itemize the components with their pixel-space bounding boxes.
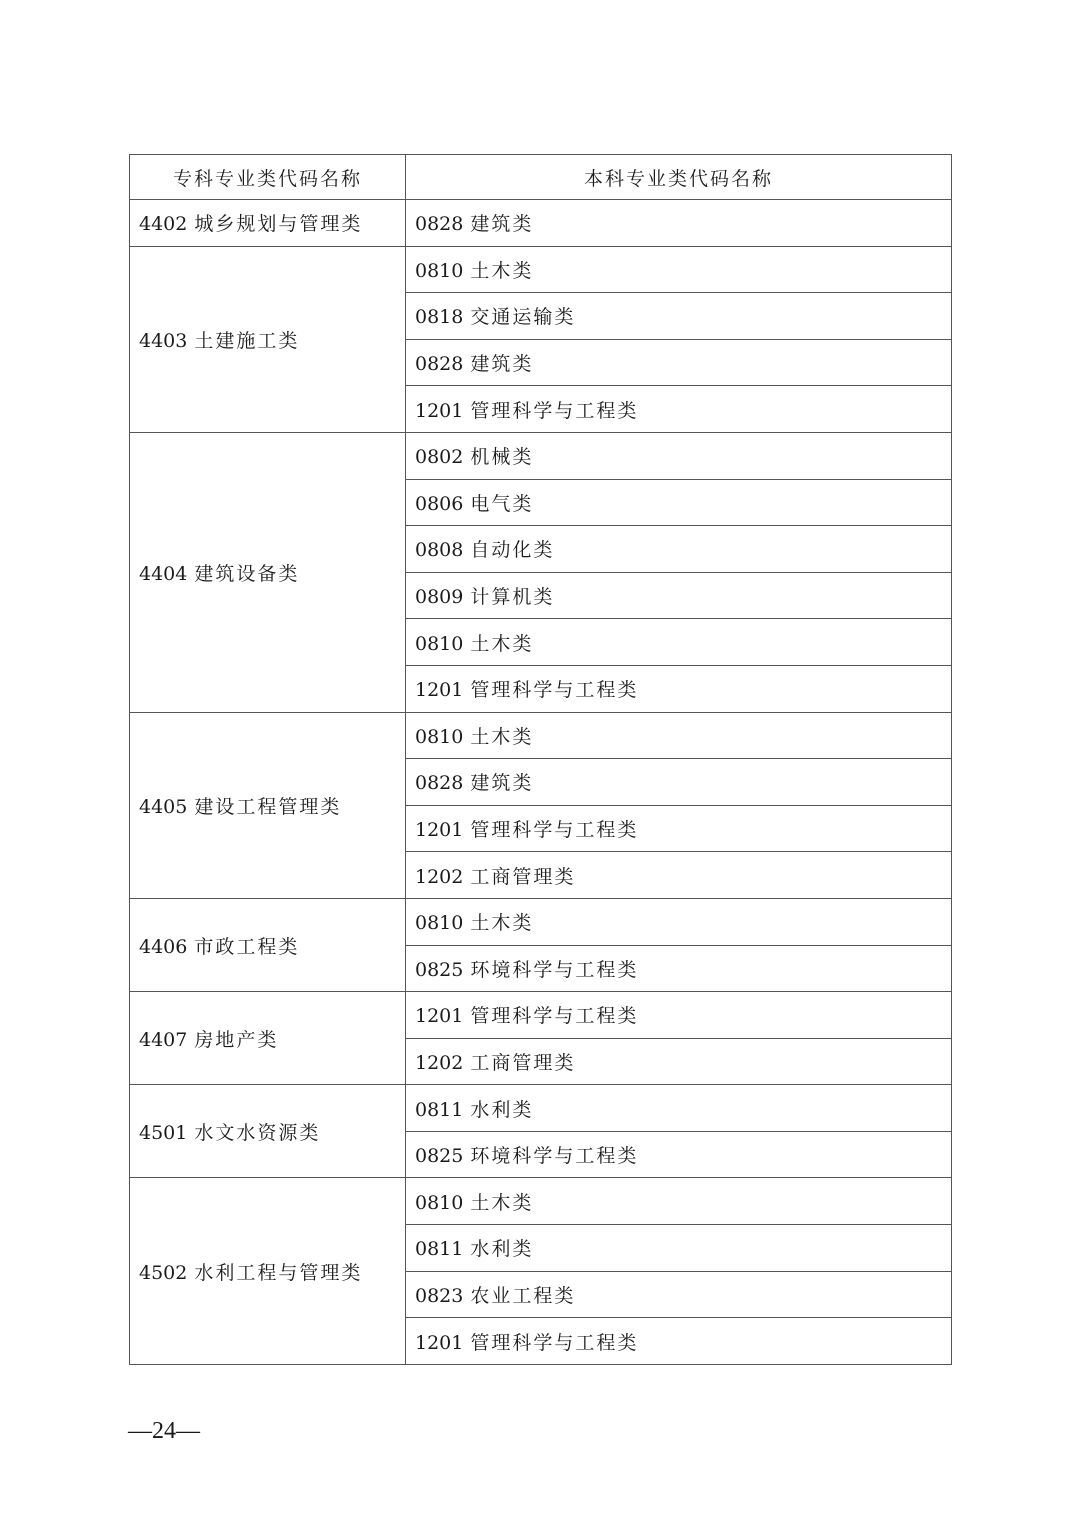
undergraduate-code: 1201 [415,679,463,701]
undergraduate-code: 1201 [415,1332,463,1354]
major-mapping-table: 专科专业类代码名称 本科专业类代码名称 4402城乡规划与管理类0828建筑类4… [129,154,952,1365]
undergraduate-name: 交通运输类 [470,306,575,328]
undergraduate-major-cell: 0808自动化类 [406,526,952,573]
vocational-code: 4403 [139,330,187,352]
undergraduate-name: 电气类 [470,493,533,515]
undergraduate-code: 0823 [415,1285,463,1307]
undergraduate-major-cell: 0810土木类 [406,898,952,945]
vocational-major-cell: 4402城乡规划与管理类 [130,200,406,247]
undergraduate-major-cell: 0811水利类 [406,1085,952,1132]
undergraduate-major-cell: 0828建筑类 [406,339,952,386]
undergraduate-name: 管理科学与工程类 [470,819,638,841]
undergraduate-code: 0809 [415,586,463,608]
vocational-name: 建设工程管理类 [194,796,341,818]
undergraduate-name: 土木类 [470,260,533,282]
undergraduate-code: 1201 [415,819,463,841]
undergraduate-major-cell: 0811水利类 [406,1225,952,1272]
undergraduate-name: 工商管理类 [470,1052,575,1074]
undergraduate-name: 管理科学与工程类 [470,1005,638,1027]
undergraduate-code: 0825 [415,1145,463,1167]
undergraduate-major-cell: 1201管理科学与工程类 [406,805,952,852]
undergraduate-name: 土木类 [470,633,533,655]
undergraduate-code: 1202 [415,866,463,888]
undergraduate-name: 土木类 [470,1192,533,1214]
undergraduate-major-cell: 1201管理科学与工程类 [406,665,952,712]
undergraduate-major-cell: 0823农业工程类 [406,1271,952,1318]
vocational-code: 4501 [139,1122,187,1144]
vocational-code: 4502 [139,1262,187,1284]
undergraduate-code: 0806 [415,493,463,515]
vocational-name: 城乡规划与管理类 [194,213,362,235]
table-row: 4407房地产类1201管理科学与工程类 [130,992,952,1039]
page-number: —24— [128,1418,200,1445]
undergraduate-code: 0802 [415,446,463,468]
vocational-code: 4405 [139,796,187,818]
undergraduate-code: 0811 [415,1238,463,1260]
undergraduate-code: 0810 [415,912,463,934]
table-row: 4502水利工程与管理类0810土木类 [130,1178,952,1225]
undergraduate-major-cell: 1202工商管理类 [406,1038,952,1085]
vocational-code: 4404 [139,563,187,585]
vocational-name: 房地产类 [194,1029,278,1051]
undergraduate-major-cell: 1202工商管理类 [406,852,952,899]
undergraduate-name: 土木类 [470,726,533,748]
undergraduate-major-cell: 0810土木类 [406,1178,952,1225]
header-undergraduate-major: 本科专业类代码名称 [406,155,952,200]
undergraduate-name: 水利类 [470,1238,533,1260]
vocational-name: 水利工程与管理类 [194,1262,362,1284]
vocational-name: 土建施工类 [194,330,299,352]
undergraduate-major-cell: 0825环境科学与工程类 [406,945,952,992]
table-row: 4403土建施工类0810土木类 [130,246,952,293]
undergraduate-major-cell: 0810土木类 [406,712,952,759]
table-header-row: 专科专业类代码名称 本科专业类代码名称 [130,155,952,200]
undergraduate-name: 计算机类 [470,586,554,608]
undergraduate-name: 管理科学与工程类 [470,400,638,422]
vocational-major-cell: 4501水文水资源类 [130,1085,406,1178]
undergraduate-code: 0828 [415,353,463,375]
undergraduate-code: 0810 [415,633,463,655]
undergraduate-code: 0828 [415,213,463,235]
header-vocational-major: 专科专业类代码名称 [130,155,406,200]
undergraduate-major-cell: 0810土木类 [406,246,952,293]
table-row: 4404建筑设备类0802机械类 [130,432,952,479]
undergraduate-code: 1201 [415,400,463,422]
table-row: 4501水文水资源类0811水利类 [130,1085,952,1132]
vocational-major-cell: 4404建筑设备类 [130,432,406,712]
undergraduate-major-cell: 0802机械类 [406,432,952,479]
undergraduate-name: 管理科学与工程类 [470,679,638,701]
vocational-major-cell: 4403土建施工类 [130,246,406,432]
undergraduate-code: 0808 [415,539,463,561]
vocational-major-cell: 4407房地产类 [130,992,406,1085]
undergraduate-code: 0818 [415,306,463,328]
undergraduate-name: 自动化类 [470,539,554,561]
undergraduate-name: 环境科学与工程类 [470,1145,638,1167]
vocational-name: 水文水资源类 [194,1122,320,1144]
undergraduate-name: 环境科学与工程类 [470,959,638,981]
undergraduate-code: 0810 [415,260,463,282]
undergraduate-name: 工商管理类 [470,866,575,888]
undergraduate-major-cell: 0828建筑类 [406,200,952,247]
undergraduate-name: 机械类 [470,446,533,468]
undergraduate-major-cell: 0825环境科学与工程类 [406,1131,952,1178]
undergraduate-code: 1202 [415,1052,463,1074]
vocational-major-cell: 4405建设工程管理类 [130,712,406,898]
undergraduate-code: 0810 [415,726,463,748]
vocational-code: 4407 [139,1029,187,1051]
undergraduate-name: 土木类 [470,912,533,934]
undergraduate-major-cell: 0818交通运输类 [406,293,952,340]
undergraduate-major-cell: 0809计算机类 [406,572,952,619]
undergraduate-major-cell: 1201管理科学与工程类 [406,992,952,1039]
undergraduate-name: 管理科学与工程类 [470,1332,638,1354]
vocational-major-cell: 4502水利工程与管理类 [130,1178,406,1364]
undergraduate-name: 农业工程类 [470,1285,575,1307]
undergraduate-major-cell: 0810土木类 [406,619,952,666]
undergraduate-name: 建筑类 [470,213,533,235]
undergraduate-code: 0811 [415,1099,463,1121]
undergraduate-code: 0828 [415,772,463,794]
vocational-code: 4402 [139,213,187,235]
undergraduate-code: 1201 [415,1005,463,1027]
table-row: 4406市政工程类0810土木类 [130,898,952,945]
vocational-name: 建筑设备类 [194,563,299,585]
undergraduate-major-cell: 0828建筑类 [406,759,952,806]
vocational-major-cell: 4406市政工程类 [130,898,406,991]
table-row: 4405建设工程管理类0810土木类 [130,712,952,759]
undergraduate-major-cell: 1201管理科学与工程类 [406,1318,952,1365]
undergraduate-code: 0810 [415,1192,463,1214]
undergraduate-major-cell: 1201管理科学与工程类 [406,386,952,433]
undergraduate-name: 建筑类 [470,353,533,375]
undergraduate-major-cell: 0806电气类 [406,479,952,526]
vocational-code: 4406 [139,936,187,958]
vocational-name: 市政工程类 [194,936,299,958]
undergraduate-name: 水利类 [470,1099,533,1121]
undergraduate-code: 0825 [415,959,463,981]
undergraduate-name: 建筑类 [470,772,533,794]
table-row: 4402城乡规划与管理类0828建筑类 [130,200,952,247]
